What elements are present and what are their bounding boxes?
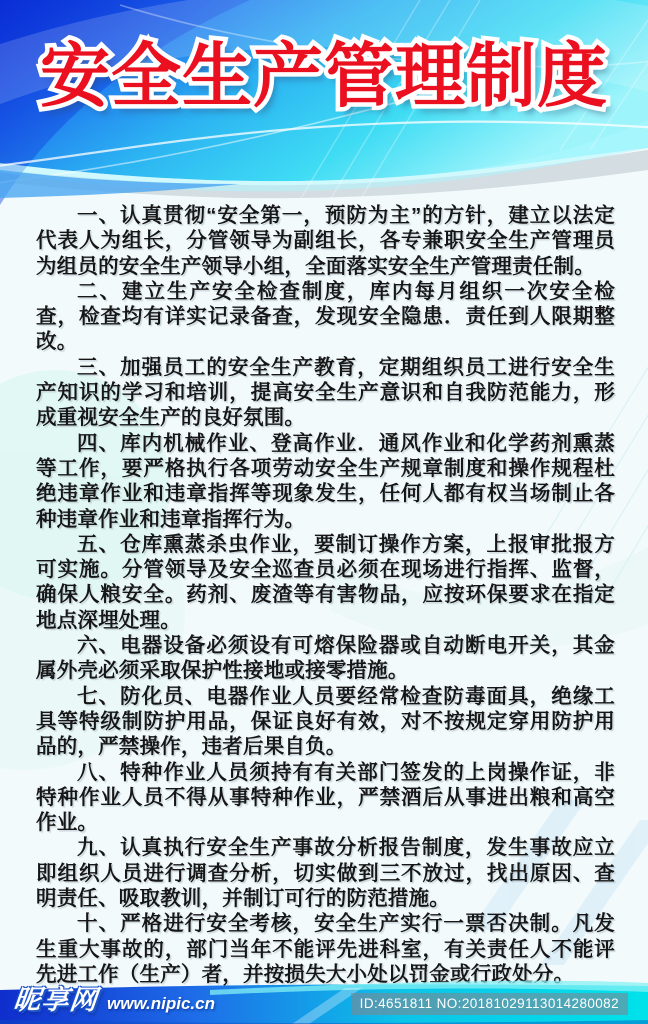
rule-paragraph-10: 十、严格进行安全考核，安全生产实行一票否决制。凡发生重大事故的，部门当年不能评先… [36, 911, 615, 987]
rule-paragraph-8: 八、特种作业人员须持有有关部门签发的上岗操作证，非特种作业人员不得从事特种作业，… [36, 760, 615, 836]
watermark-footer-bar: 昵享网 www.nipic.cn ID:4651811 NO:201810291… [0, 980, 648, 1024]
rule-paragraph-4: 四、库内机械作业、登高作业．通风作业和化学药剂熏蒸等工作，要严格执行各项劳动安全… [36, 431, 615, 532]
poster-title-text: 安全生产管理制度 [40, 37, 608, 115]
nipic-logo: 昵享网 [12, 978, 100, 1017]
safety-management-poster: 安全生产管理制度 安全生产管理制度 一、认真贯彻“安全第一，预防为主”的方针，建… [0, 0, 648, 1024]
rule-paragraph-5: 五、仓库熏蒸杀虫作业，要制订操作方案，上报审批报方可实施。分管领导及安全巡查员必… [36, 532, 615, 633]
rule-paragraph-7: 七、防化员、电器作业人员要经常检查防毒面具，绝缘工具等特级制防护用品，保证良好有… [36, 684, 615, 760]
rule-paragraph-9: 九、认真执行安全生产事故分析报告制度，发生事故应立即组织人员进行调查分析，切实做… [36, 835, 615, 911]
poster-title: 安全生产管理制度 安全生产管理制度 [0, 36, 648, 117]
rule-paragraph-3: 三、加强员工的安全生产教育，定期组织员工进行安全生产知识的学习和培训，提高安全生… [36, 355, 615, 431]
site-url: www.nipic.cn [107, 994, 215, 1014]
rule-paragraph-6: 六、电器设备必须设有可熔保险器或自动断电开关，其金属外壳必须采取保护性接地或接零… [36, 633, 615, 684]
rules-list: 一、认真贯彻“安全第一，预防为主”的方针，建立以法定代表人为组长，分管领导为副组… [36, 203, 615, 987]
brand-watermark: 昵享网 www.nipic.cn [14, 978, 215, 1017]
rule-paragraph-2: 二、建立生产安全检查制度，库内每月组织一次安全检查，检查均有详实记录备查，发现安… [36, 279, 615, 355]
rule-paragraph-1: 一、认真贯彻“安全第一，预防为主”的方针，建立以法定代表人为组长，分管领导为副组… [36, 203, 615, 279]
image-id-badge: ID:4651811 NO:20181029113014280082 [351, 993, 628, 1015]
